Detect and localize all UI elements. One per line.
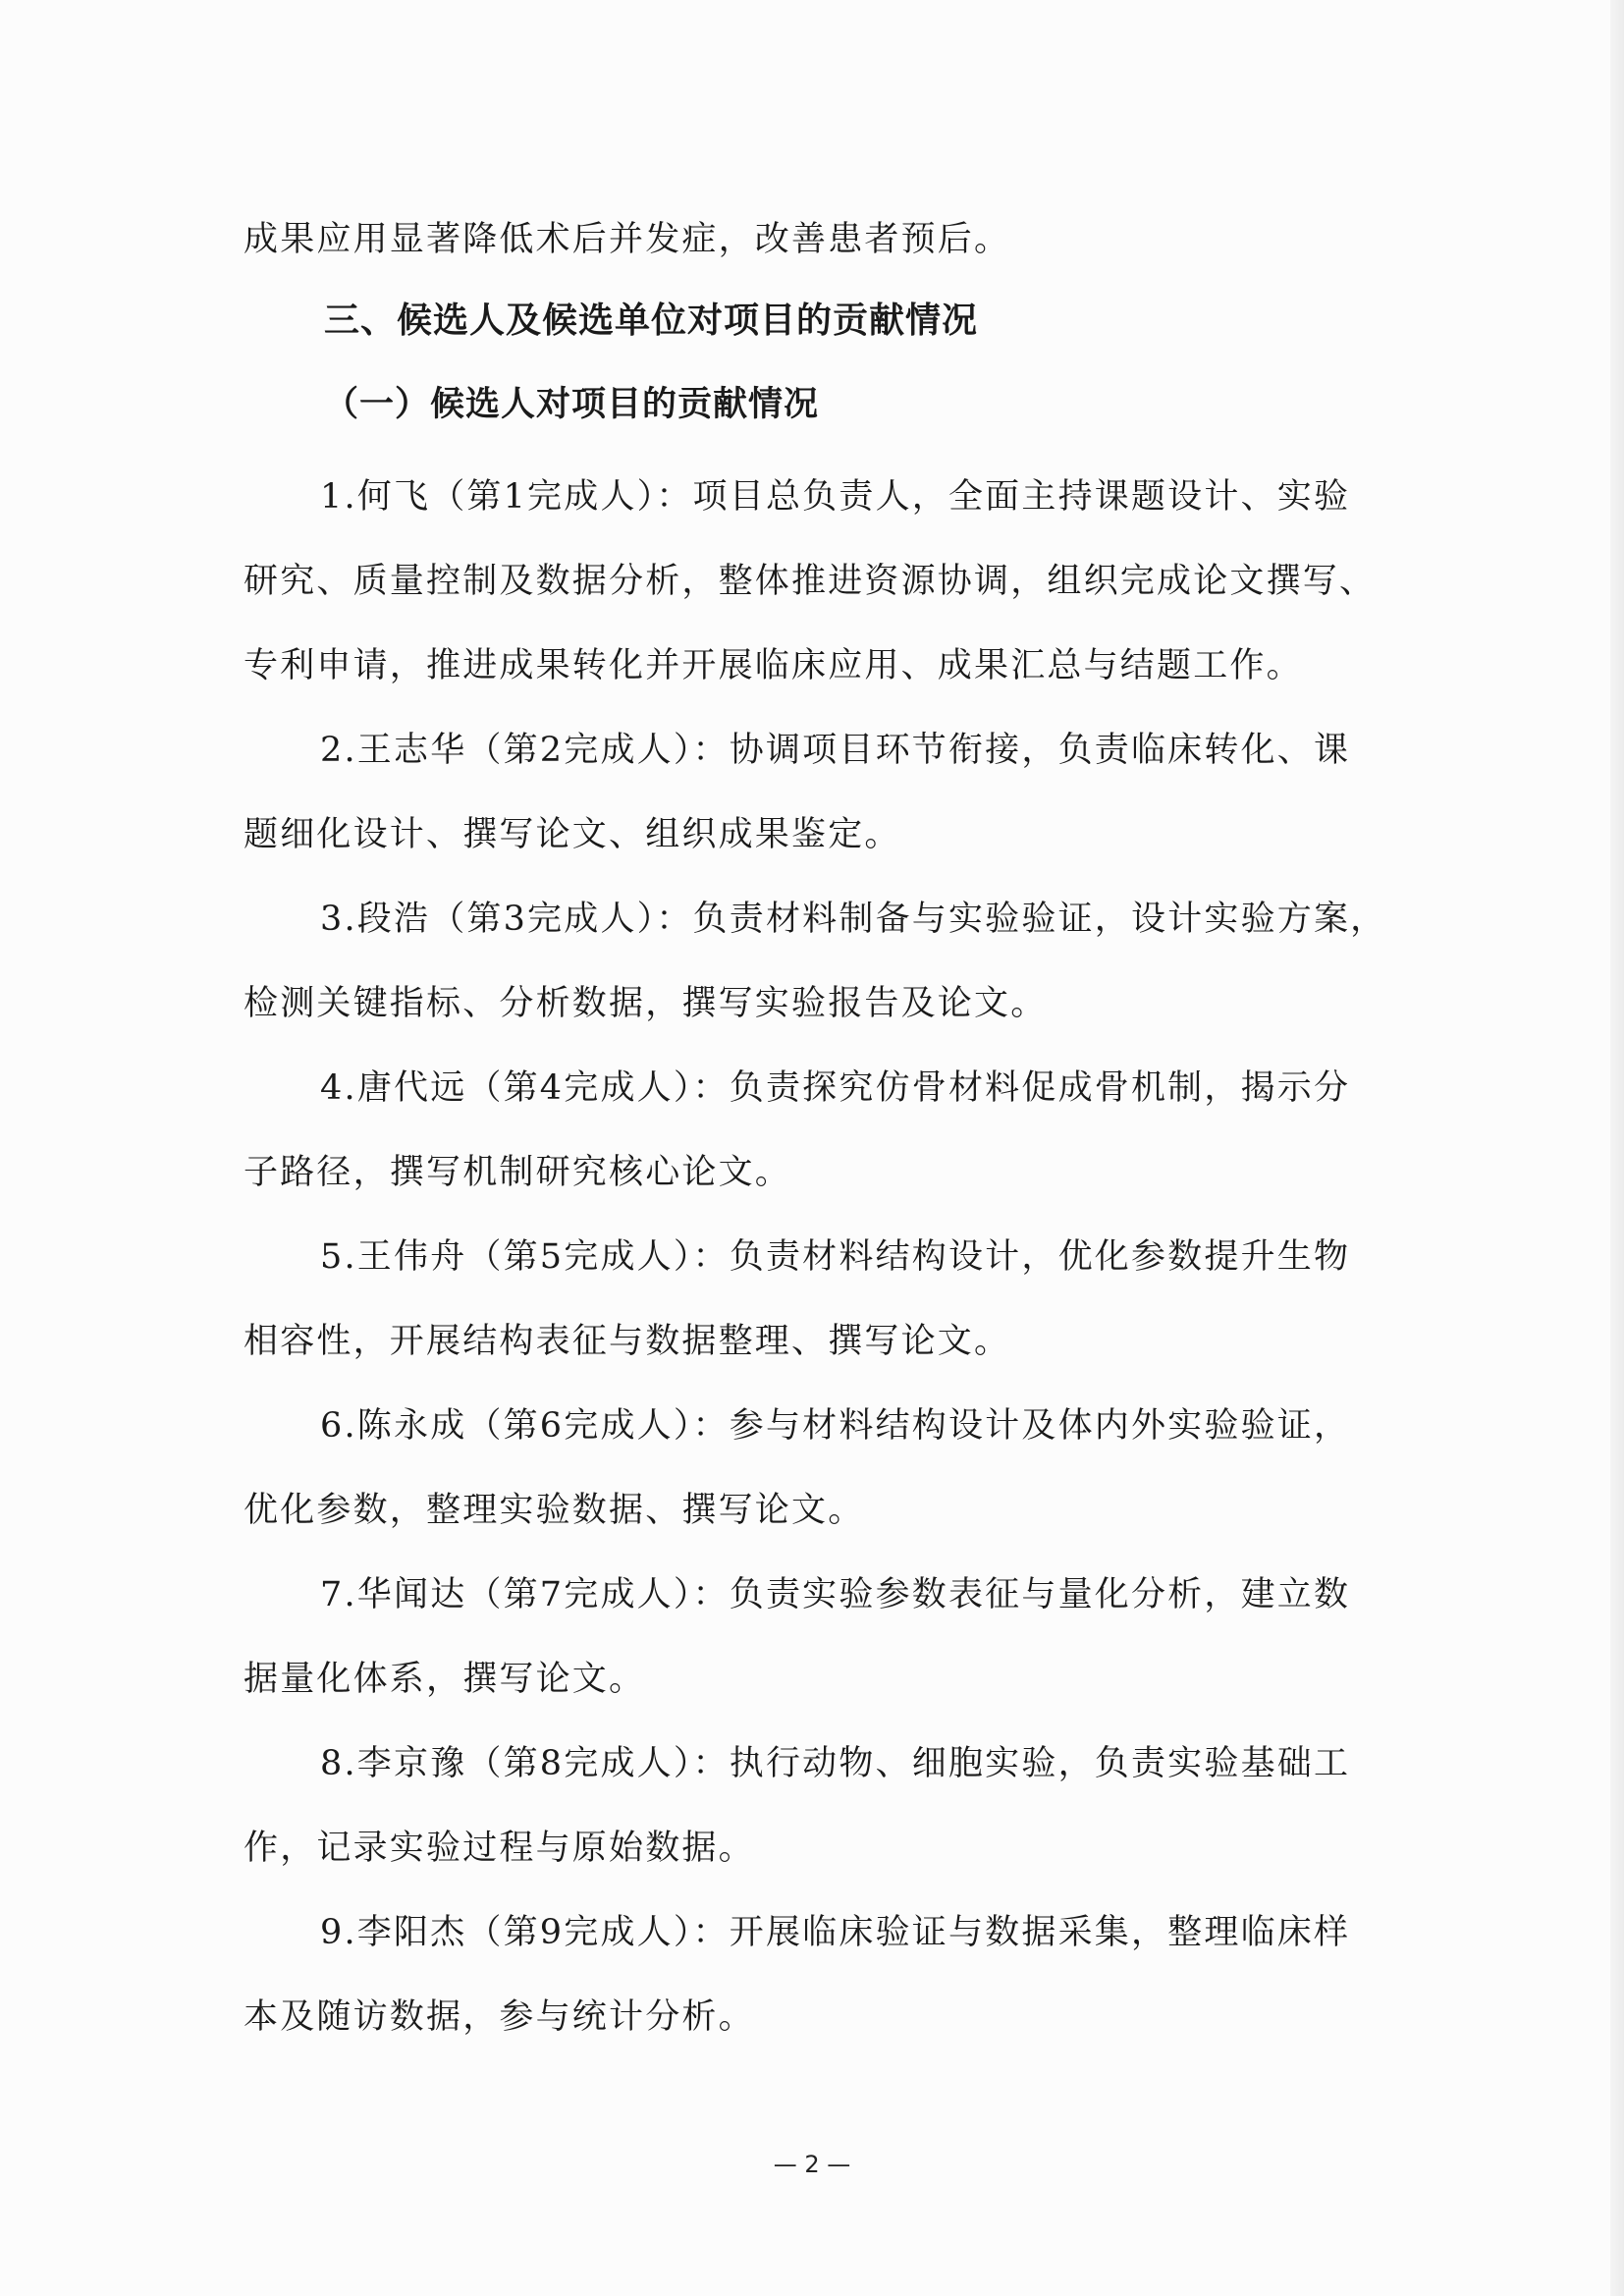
contributor-6-line-2: 优化参数，整理实验数据、撰写论文。 [244, 1489, 864, 1532]
contributor-3-line-1: 3.段浩（第3完成人）：负责材料制备与实验验证，设计实验方案， [320, 898, 1386, 941]
contributor-5-line-2: 相容性，开展结构表征与数据整理、撰写论文。 [244, 1320, 1010, 1363]
contributor-2-line-2: 题细化设计、撰写论文、组织成果鉴定。 [244, 813, 901, 856]
page-number: — 2 — [0, 2151, 1624, 2178]
scan-edge [1610, 0, 1624, 2296]
contributor-8-line-2: 作，记录实验过程与原始数据。 [244, 1827, 755, 1870]
contributor-3-line-2: 检测关键指标、分析数据，撰写实验报告及论文。 [244, 982, 1047, 1025]
contributor-9-line-1: 9.李阳杰（第9完成人）：开展临床验证与数据采集，整理临床样 [320, 1911, 1350, 1954]
contributor-5-line-1: 5.王伟舟（第5完成人）：负责材料结构设计，优化参数提升生物 [320, 1235, 1350, 1279]
section-heading: 三、候选人及候选单位对项目的贡献情况 [324, 300, 978, 343]
contributor-4-line-1: 4.唐代远（第4完成人）：负责探究仿骨材料促成骨机制，揭示分 [320, 1066, 1350, 1110]
contributor-6-line-1: 6.陈永成（第6完成人）：参与材料结构设计及体内外实验验证， [320, 1404, 1350, 1448]
contributor-8-line-1: 8.李京豫（第8完成人）：执行动物、细胞实验，负责实验基础工 [320, 1742, 1350, 1785]
contributor-1-line-3: 专利申请，推进成果转化并开展临床应用、成果汇总与结题工作。 [244, 644, 1303, 687]
contributor-2-line-1: 2.王志华（第2完成人）：协调项目环节衔接，负责临床转化、课 [320, 729, 1350, 772]
contributor-7-line-2: 据量化体系，撰写论文。 [244, 1658, 645, 1701]
contributor-1-line-2: 研究、质量控制及数据分析，整体推进资源协调，组织完成论文撰写、 [244, 560, 1376, 603]
contributor-7-line-1: 7.华闻达（第7完成人）：负责实验参数表征与量化分析，建立数 [320, 1573, 1350, 1616]
contributor-4-line-2: 子路径，撰写机制研究核心论文。 [244, 1151, 791, 1194]
intro-continuation: 成果应用显著降低术后并发症，改善患者预后。 [244, 218, 1010, 261]
contributor-9-line-2: 本及随访数据，参与统计分析。 [244, 1995, 755, 2039]
contributor-1-line-1: 1.何飞（第1完成人）：项目总负责人，全面主持课题设计、实验 [320, 475, 1350, 519]
subsection-heading: （一）候选人对项目的贡献情况 [324, 383, 819, 426]
document-page: 成果应用显著降低术后并发症，改善患者预后。 三、候选人及候选单位对项目的贡献情况… [0, 0, 1624, 2296]
